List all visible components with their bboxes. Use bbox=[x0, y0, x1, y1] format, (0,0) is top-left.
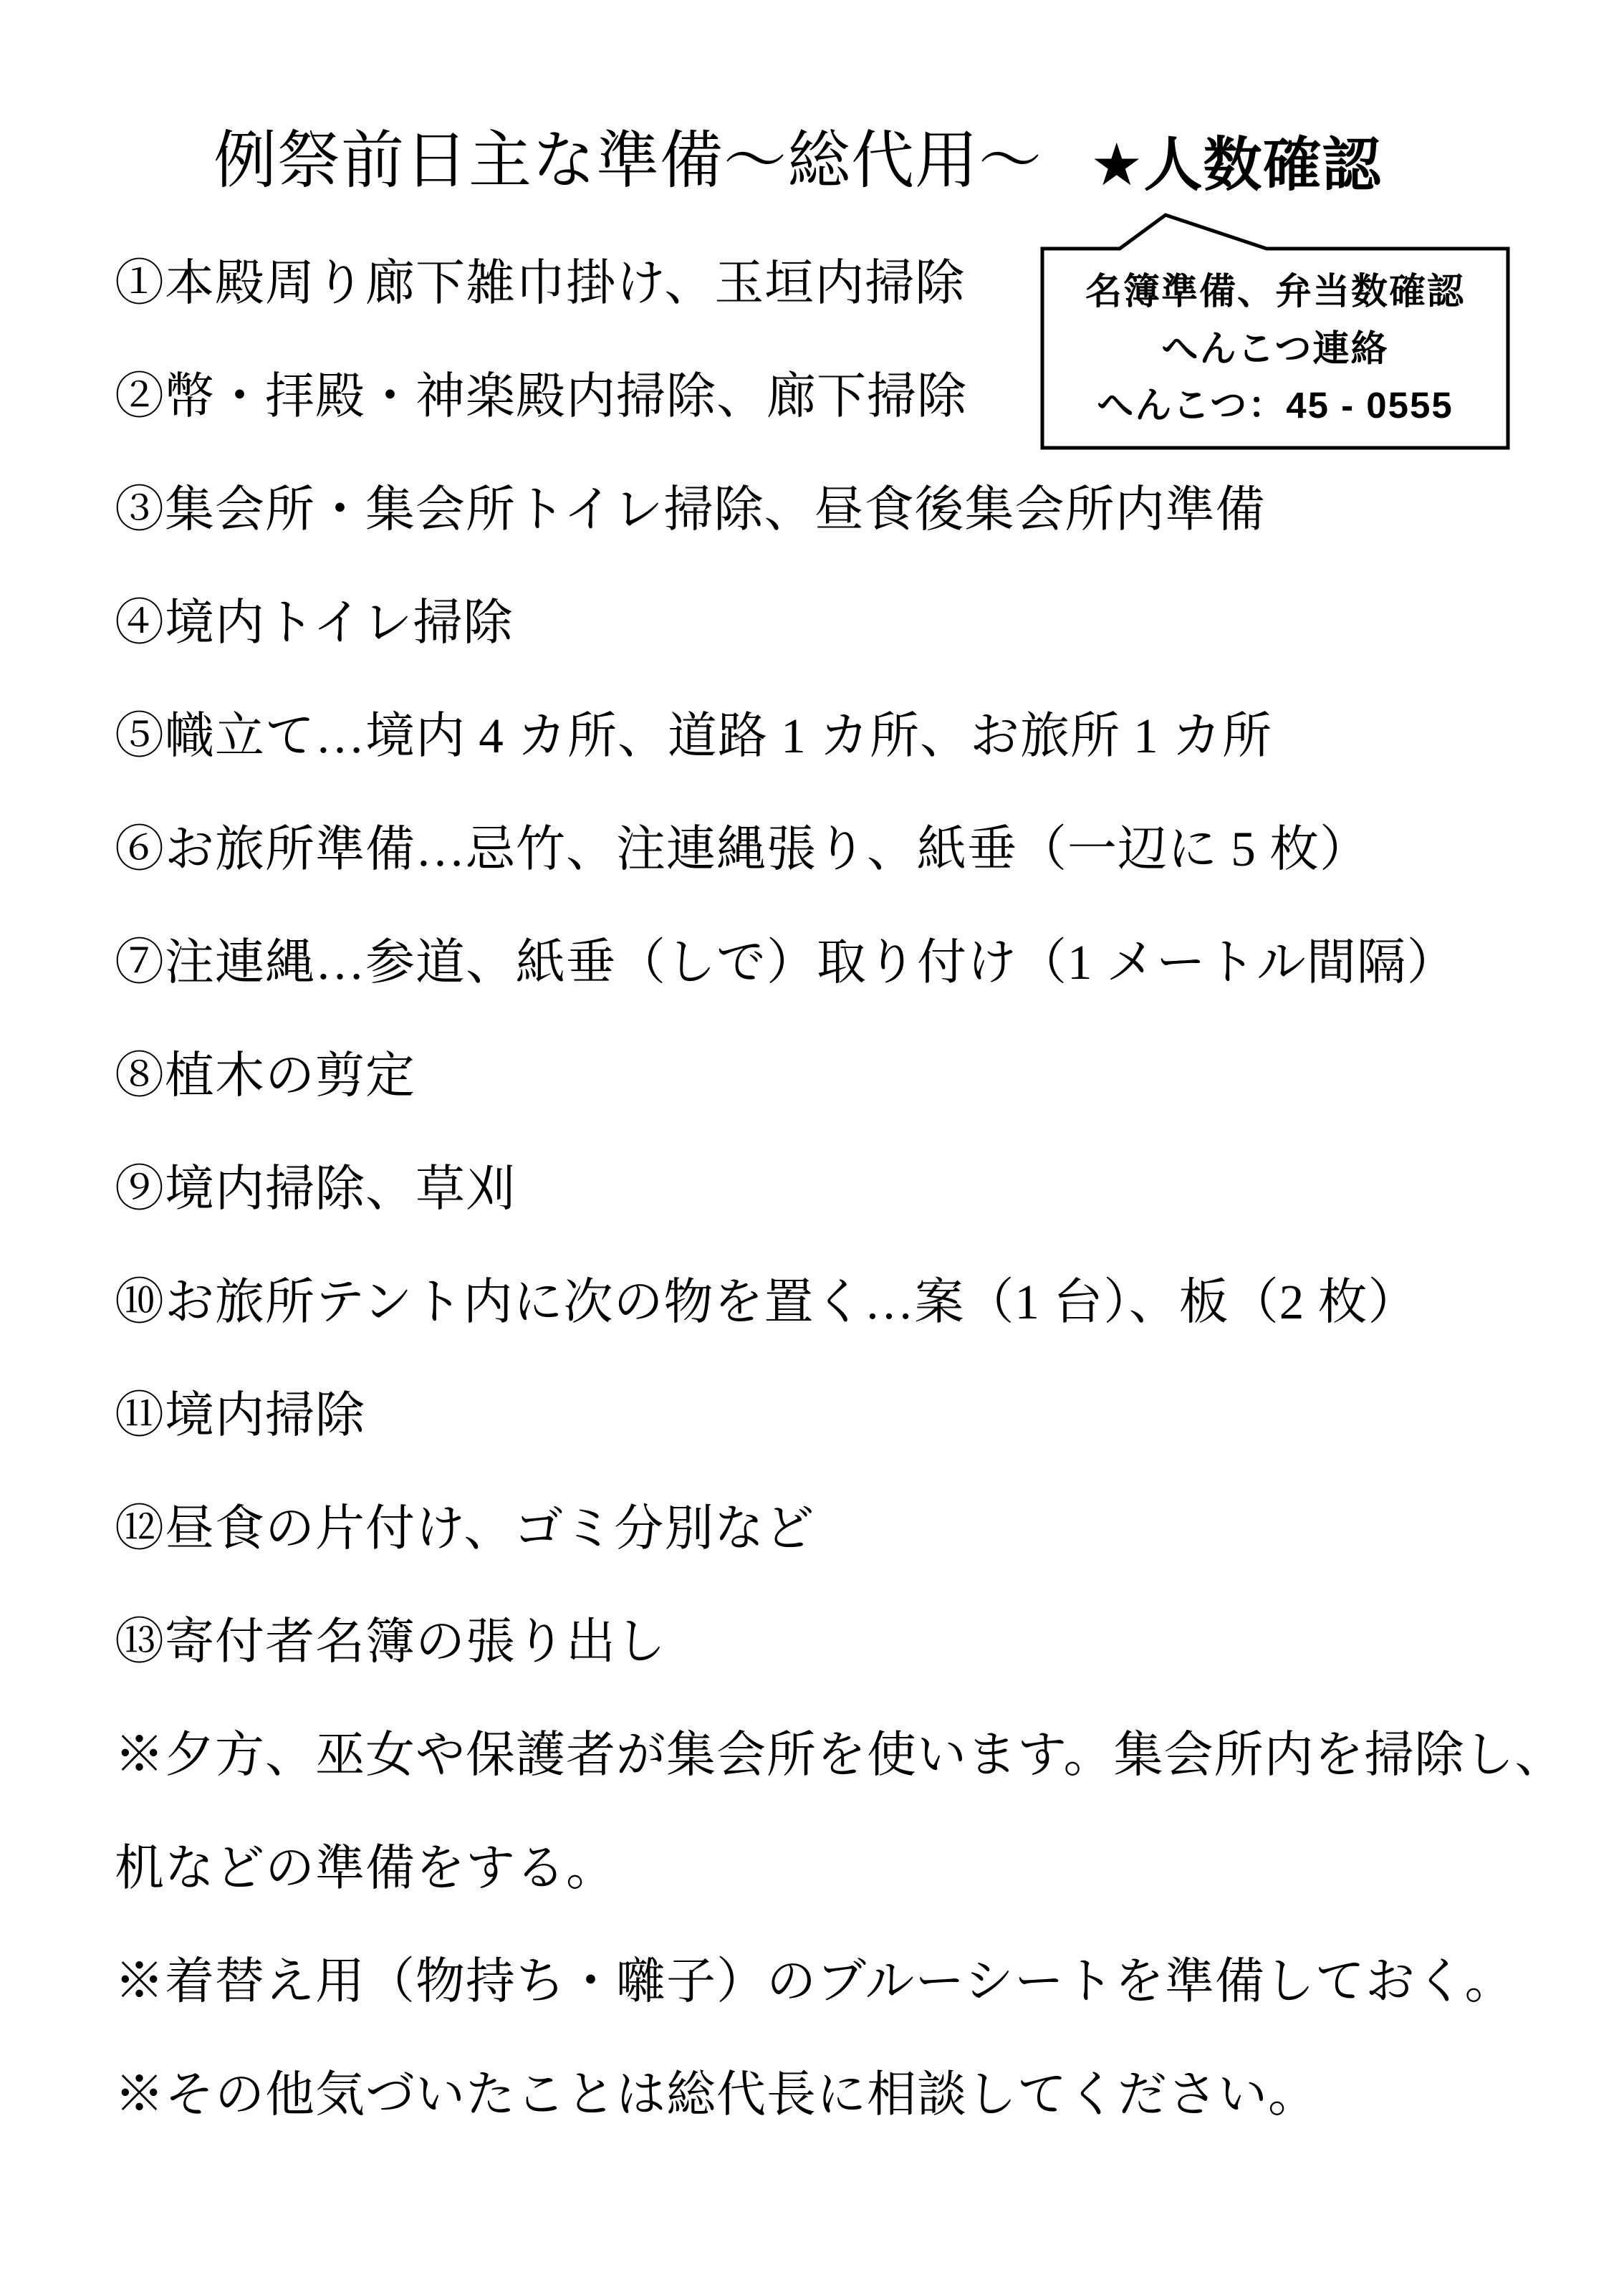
task-item-2: ②幣・拝殿・神楽殿内掃除、廊下掃除 bbox=[115, 340, 1576, 453]
task-item-5: ⑤幟立て…境内 4 カ所、道路 1 カ所、お旅所 1 カ所 bbox=[115, 679, 1576, 793]
task-item-4: ④境内トイレ掃除 bbox=[115, 566, 1576, 679]
task-item-11: ⑪境内掃除 bbox=[115, 1359, 1576, 1472]
task-list: ①本殿周り廊下雑巾掛け、玉垣内掃除 ②幣・拝殿・神楽殿内掃除、廊下掃除 ③集会所… bbox=[115, 226, 1576, 2151]
document-page: 例祭前日主な準備～総代用～ ★人数確認 名簿準備、弁当数確認 へんこつ連絡 へん… bbox=[0, 0, 1624, 2293]
task-item-9: ⑨境内掃除、草刈 bbox=[115, 1132, 1576, 1245]
note-line-3: ※着替え用（物持ち・囃子）のブルーシートを準備しておく。 bbox=[115, 1925, 1576, 2038]
task-item-3: ③集会所・集会所トイレ掃除、昼食後集会所内準備 bbox=[115, 453, 1576, 566]
note-line-2: 机などの準備をする。 bbox=[115, 1811, 1576, 1925]
note-line-4: ※その他気づいたことは総代長に相談してください。 bbox=[115, 2038, 1576, 2151]
page-title: 例祭前日主な準備～総代用～ bbox=[213, 128, 1042, 197]
task-item-12: ⑫昼食の片付け、ゴミ分別など bbox=[115, 1472, 1576, 1585]
task-item-6: ⑥お旅所準備…忌竹、注連縄張り、紙垂（一辺に 5 枚） bbox=[115, 793, 1576, 906]
task-item-13: ⑬寄付者名簿の張り出し bbox=[115, 1585, 1576, 1698]
headline-star: ★人数確認 bbox=[1090, 133, 1382, 198]
task-item-8: ⑧植木の剪定 bbox=[115, 1019, 1576, 1132]
task-item-10: ⑩お旅所テント内に次の物を置く…案（1 台）、板（2 枚） bbox=[115, 1245, 1576, 1359]
task-item-1: ①本殿周り廊下雑巾掛け、玉垣内掃除 bbox=[115, 226, 1576, 340]
task-item-7: ⑦注連縄…参道、紙垂（しで）取り付け（1 メートル間隔） bbox=[115, 906, 1576, 1019]
note-line-1: ※夕方、巫女や保護者が集会所を使います。集会所内を掃除し、 bbox=[115, 1698, 1576, 1811]
